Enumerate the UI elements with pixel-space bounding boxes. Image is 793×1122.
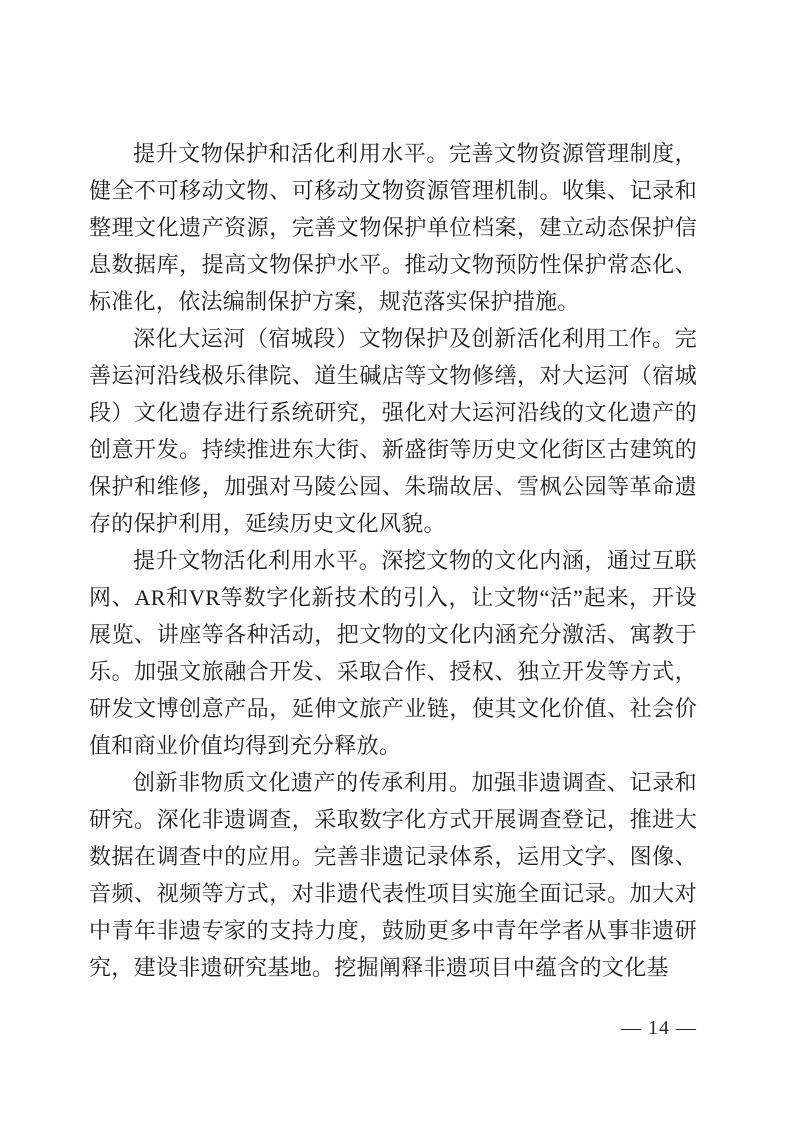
page-number: — 14 — (89, 1016, 697, 1040)
document-body: 提升文物保护和活化利用水平。完善文物资源管理制度，健全不可移动文物、可移动文物资… (89, 135, 697, 986)
paragraph-cultural-relic-protection: 提升文物保护和活化利用水平。完善文物资源管理制度，健全不可移动文物、可移动文物资… (89, 135, 697, 320)
paragraph-relic-utilization: 提升文物活化利用水平。深挖文物的文化内涵，通过互联网、AR和VR等数字化新技术的… (89, 542, 697, 764)
document-page: 提升文物保护和活化利用水平。完善文物资源管理制度，健全不可移动文物、可移动文物资… (0, 0, 793, 1122)
paragraph-grand-canal: 深化大运河（宿城段）文物保护及创新活化利用工作。完善运河沿线极乐律院、道生碱店等… (89, 320, 697, 542)
paragraph-intangible-heritage: 创新非物质文化遗产的传承利用。加强非遗调查、记录和研究。深化非遗调查，采取数字化… (89, 764, 697, 986)
